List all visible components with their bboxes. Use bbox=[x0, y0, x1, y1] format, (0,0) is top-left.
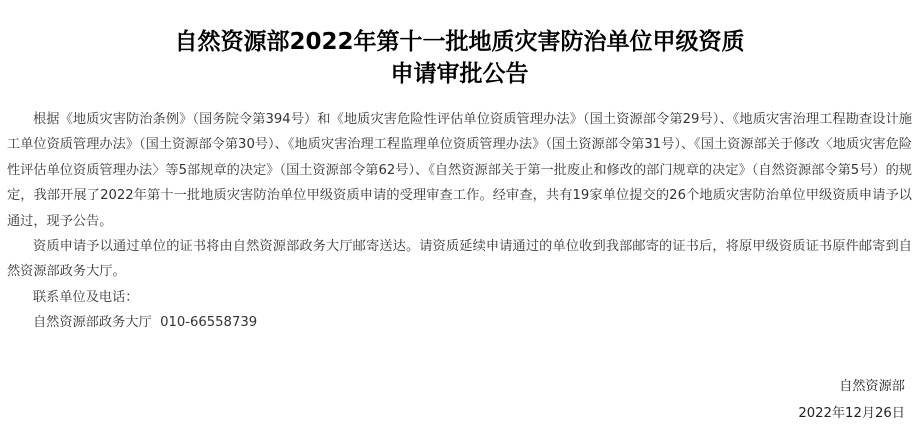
title-line-2: 申请审批公告 bbox=[0, 58, 919, 90]
signature-organization: 自然资源部 bbox=[798, 373, 905, 400]
signature-date: 2022年12月26日 bbox=[798, 400, 905, 427]
contact-label: 联系单位及电话： bbox=[7, 285, 912, 310]
announcement-body: 根据《地质灾害防治条例》（国务院令第394号）和《地质灾害危险性评估单位资质管理… bbox=[7, 107, 912, 336]
signature-block: 自然资源部 2022年12月26日 bbox=[798, 373, 905, 427]
title-line-1: 自然资源部2022年第十一批地质灾害防治单位甲级资质 bbox=[0, 26, 919, 58]
paragraph-legal-basis: 根据《地质灾害防治条例》（国务院令第394号）和《地质灾害危险性评估单位资质管理… bbox=[7, 107, 912, 234]
contact-value: 自然资源部政务大厅 010-66558739 bbox=[7, 310, 912, 335]
page-title: 自然资源部2022年第十一批地质灾害防治单位甲级资质 申请审批公告 bbox=[0, 26, 919, 90]
paragraph-certificate-delivery: 资质申请予以通过单位的证书将由自然资源部政务大厅邮寄送达。请资质延续申请通过的单… bbox=[7, 234, 912, 285]
